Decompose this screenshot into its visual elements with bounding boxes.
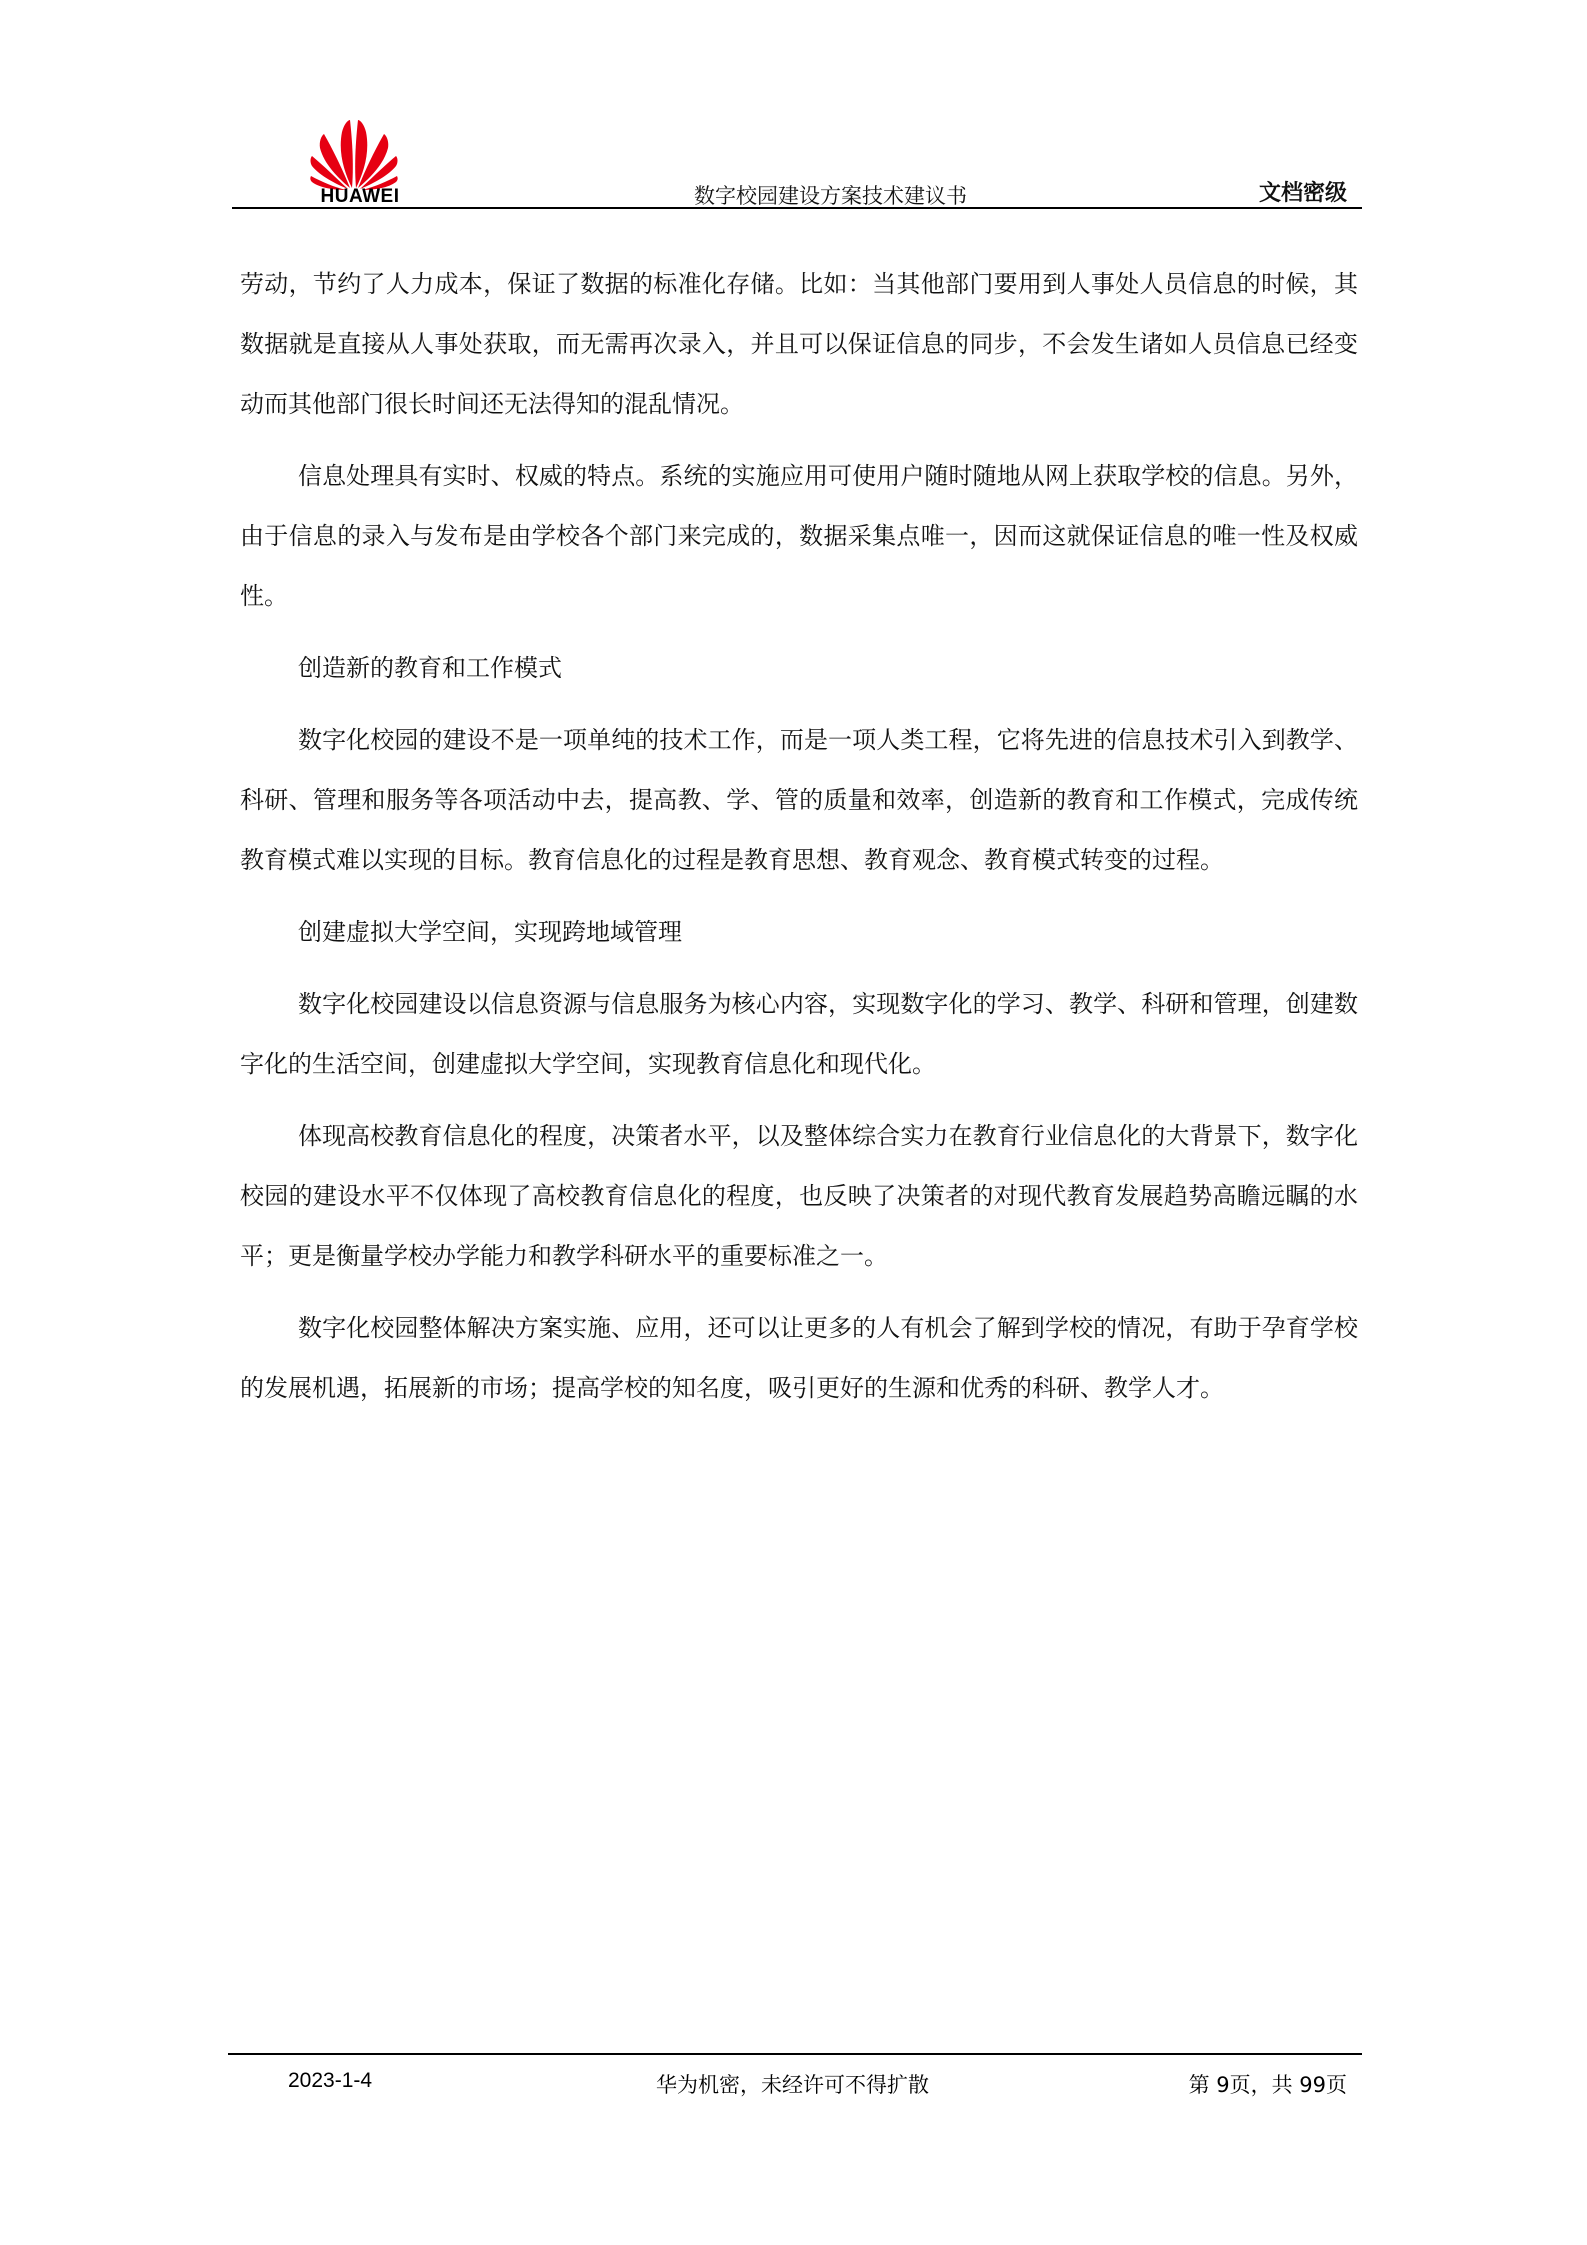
- page-number: 第 9页，共 99页: [1189, 2069, 1347, 2099]
- header-divider: [232, 207, 1362, 209]
- document-body: 劳动，节约了人力成本，保证了数据的标准化存储。比如：当其他部门要用到人事处人员信…: [240, 254, 1358, 1418]
- paragraph: 数字化校园整体解决方案实施、应用，还可以让更多的人有机会了解到学校的情况，有助于…: [240, 1298, 1358, 1418]
- footer-divider: [228, 2053, 1362, 2055]
- paragraph-gap: [240, 962, 1358, 974]
- paragraph-gap: [240, 890, 1358, 902]
- confidentiality-notice: 华为机密，未经许可不得扩散: [656, 2069, 929, 2099]
- subheading: 创建虚拟大学空间，实现跨地域管理: [240, 902, 1358, 962]
- paragraph-gap: [240, 698, 1358, 710]
- huawei-flower-icon: [308, 118, 400, 190]
- huawei-logo: HUAWEI: [298, 118, 410, 204]
- document-title: 数字校园建设方案技术建议书: [694, 180, 967, 210]
- paragraph: 数字化校园的建设不是一项单纯的技术工作，而是一项人类工程，它将先进的信息技术引入…: [240, 710, 1358, 890]
- paragraph-gap: [240, 1286, 1358, 1298]
- logo-wordmark: HUAWEI: [298, 186, 422, 208]
- paragraph: 数字化校园建设以信息资源与信息服务为核心内容，实现数字化的学习、教学、科研和管理…: [240, 974, 1358, 1094]
- paragraph-gap: [240, 1094, 1358, 1106]
- paragraph: 体现高校教育信息化的程度，决策者水平，以及整体综合实力在教育行业信息化的大背景下…: [240, 1106, 1358, 1286]
- page-header: HUAWEI 数字校园建设方案技术建议书 文档密级: [232, 118, 1362, 210]
- footer-date: 2023-1-4: [288, 2069, 372, 2093]
- paragraph-gap: [240, 626, 1358, 638]
- paragraph-gap: [240, 434, 1358, 446]
- paragraph: 信息处理具有实时、权威的特点。系统的实施应用可使用户随时随地从网上获取学校的信息…: [240, 446, 1358, 626]
- paragraph-continuation: 劳动，节约了人力成本，保证了数据的标准化存储。比如：当其他部门要用到人事处人员信…: [240, 254, 1358, 434]
- subheading: 创造新的教育和工作模式: [240, 638, 1358, 698]
- page-footer: 2023-1-4 华为机密，未经许可不得扩散 第 9页，共 99页: [228, 2053, 1362, 2113]
- classification-label: 文档密级: [1259, 176, 1347, 207]
